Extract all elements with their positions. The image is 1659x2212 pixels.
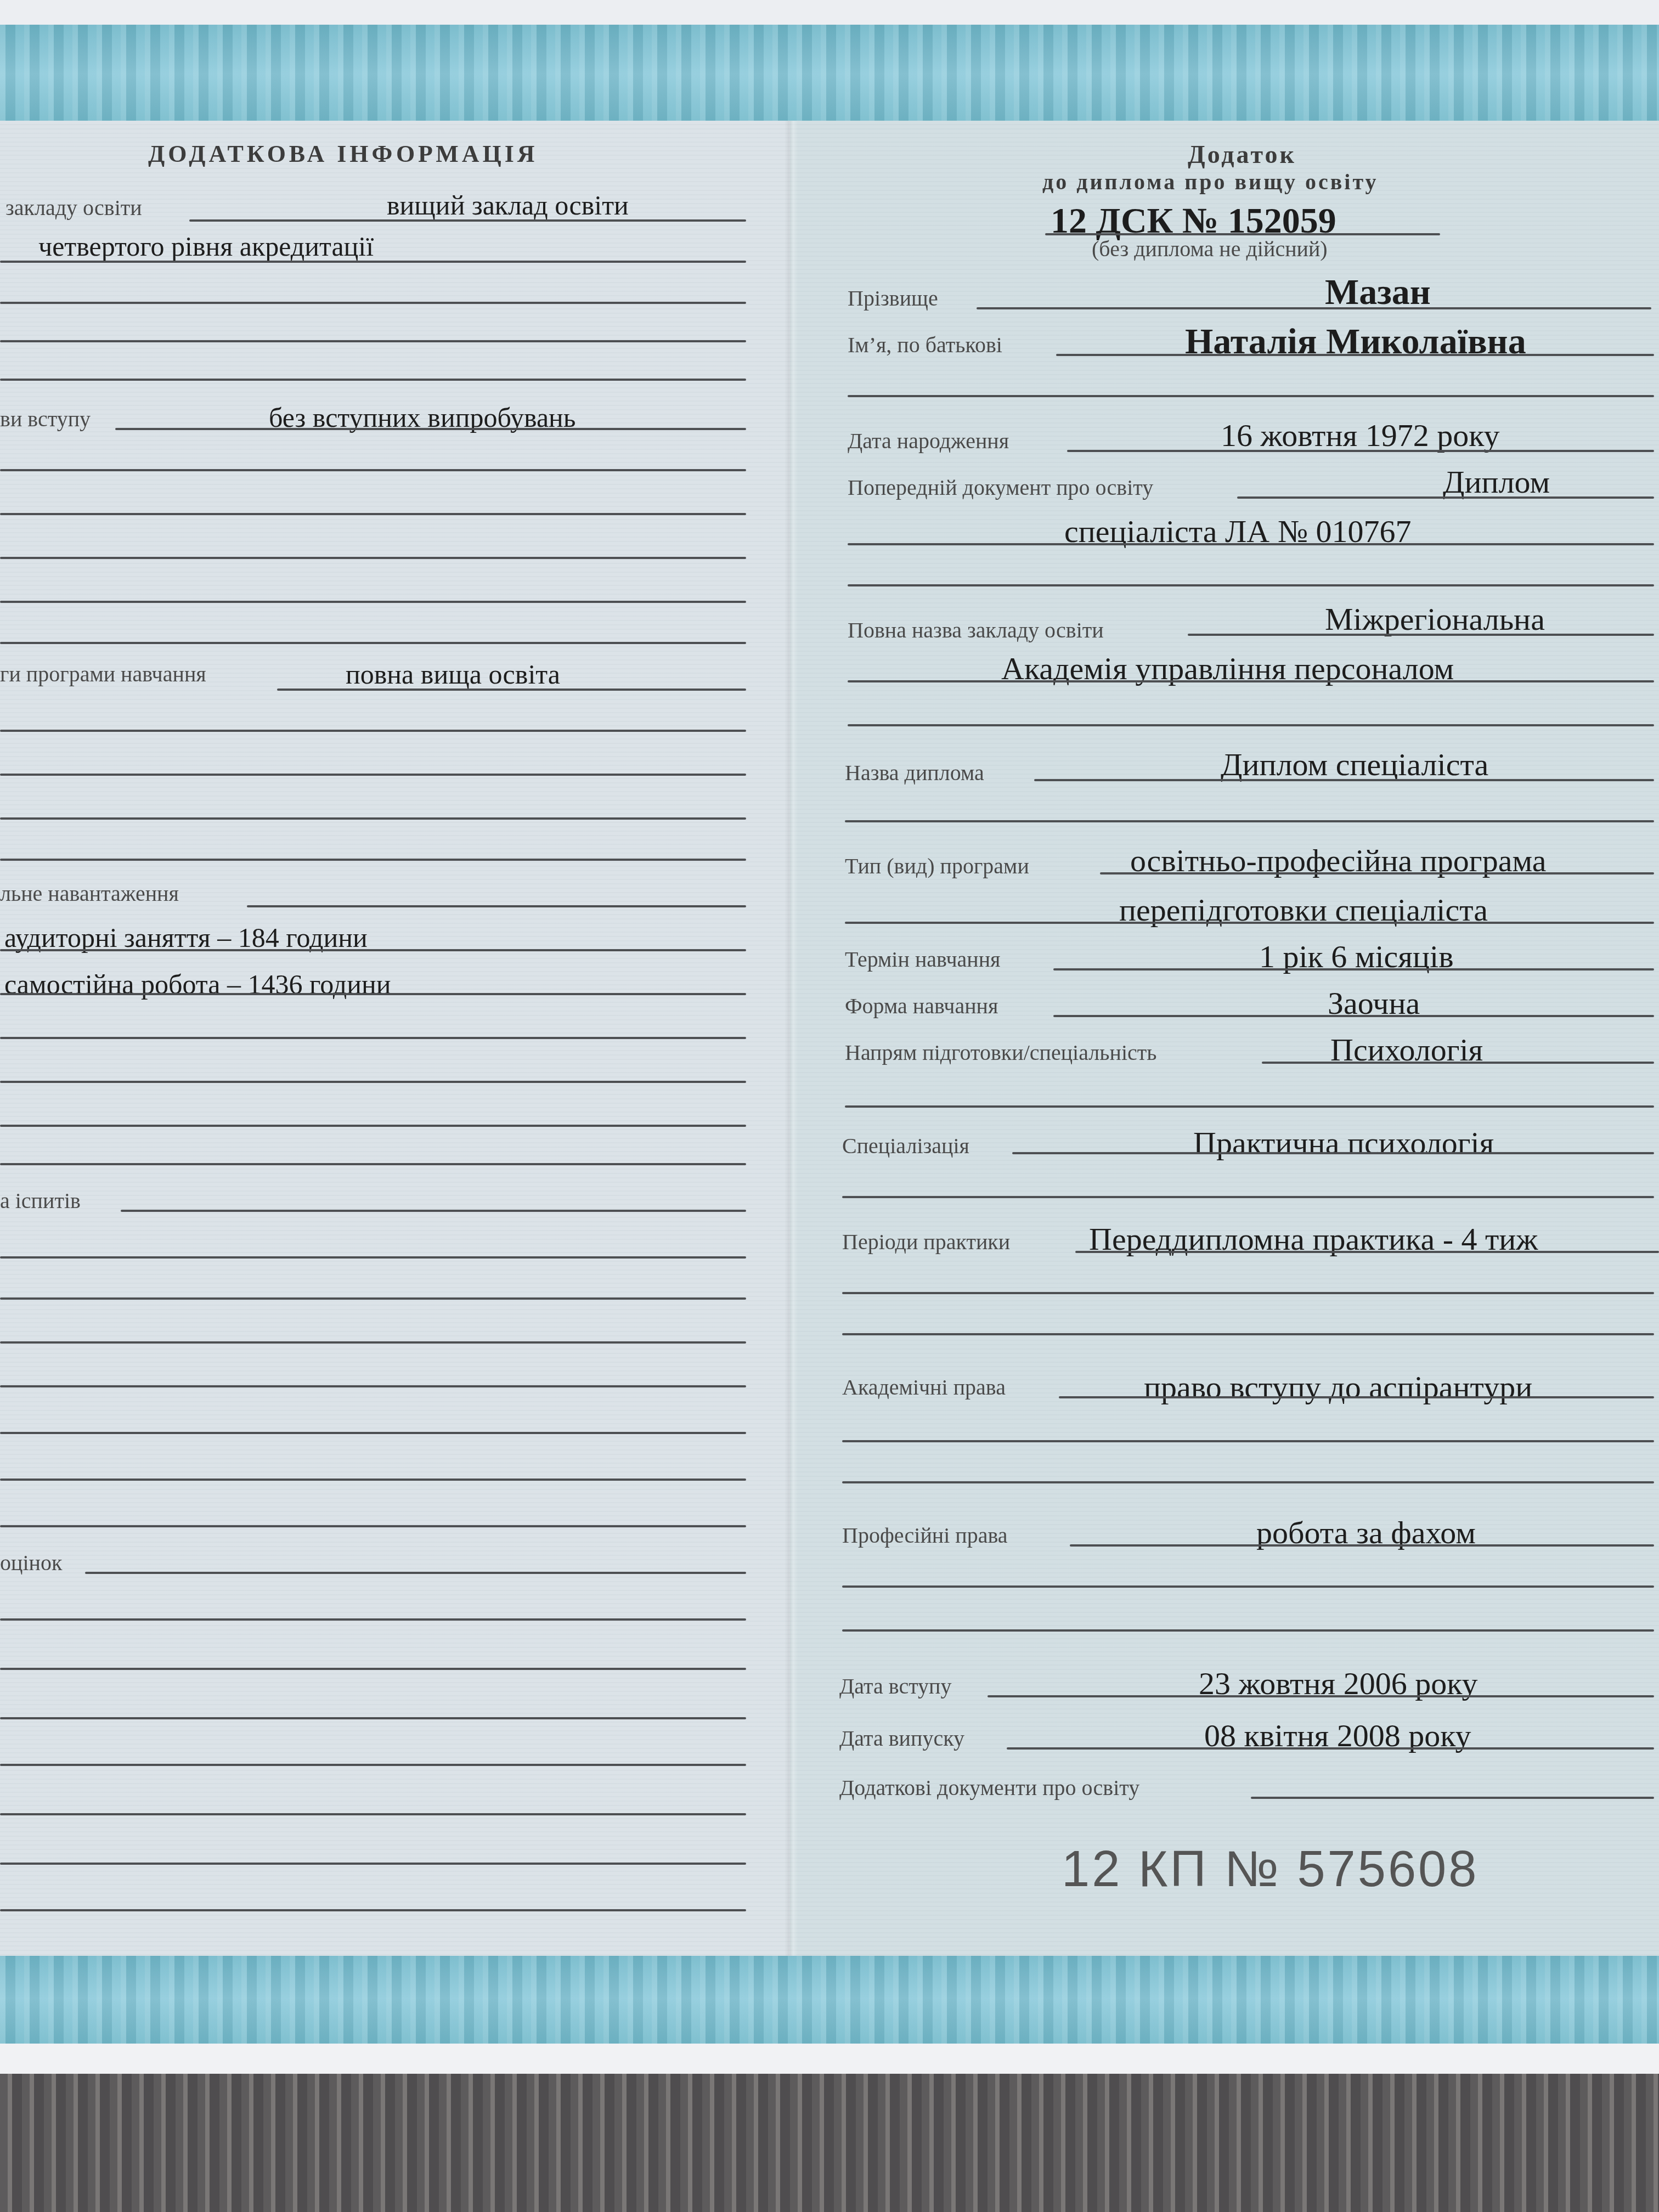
form-serial-number: 12 КП № 575608 <box>1062 1841 1479 1898</box>
rule <box>1100 872 1654 874</box>
academic-rights-value: право вступу до аспірантури <box>1144 1369 1532 1406</box>
rule <box>1237 496 1654 499</box>
rule <box>1070 1544 1654 1547</box>
rule <box>842 1481 1654 1483</box>
diploma-supplement-sheet: ДОДАТКОВА ІНФОРМАЦІЯ закладу освіти вищи… <box>0 0 1659 2074</box>
rule <box>0 557 746 559</box>
rule <box>0 469 746 471</box>
previous-document-label: Попередній документ про освіту <box>848 475 1153 500</box>
rule <box>0 302 746 304</box>
rule <box>1067 450 1654 452</box>
institution-type-label: закладу освіти <box>5 195 142 221</box>
rule <box>1075 1251 1659 1253</box>
rule <box>0 1341 746 1344</box>
rule <box>848 584 1654 586</box>
rule <box>0 817 746 820</box>
rule <box>0 379 746 381</box>
floor-background <box>0 2074 1659 2212</box>
rule <box>0 1125 746 1127</box>
name-patronymic-value: Наталія Миколаївна <box>1185 321 1526 363</box>
rule <box>1012 1152 1654 1154</box>
rule <box>0 1432 746 1434</box>
rule <box>0 1297 746 1300</box>
rule <box>0 261 746 263</box>
admission-date-label: Дата вступу <box>839 1673 952 1699</box>
rule <box>848 543 1654 545</box>
rule <box>1251 1797 1654 1799</box>
rule <box>845 820 1654 822</box>
rule <box>0 1163 746 1165</box>
rule <box>0 1037 746 1039</box>
rule <box>0 601 746 603</box>
study-form-label: Форма навчання <box>845 993 998 1019</box>
rule <box>1059 1396 1654 1398</box>
rule <box>0 1863 746 1865</box>
rule <box>988 1695 1654 1697</box>
rule <box>121 1210 746 1212</box>
rule <box>845 922 1654 924</box>
rule <box>0 1385 746 1387</box>
practice-periods-label: Періоди практики <box>842 1229 1010 1255</box>
supplement-title: Додаток <box>1188 140 1296 169</box>
rule <box>0 513 746 515</box>
rule <box>848 395 1654 397</box>
program-type-label: Тип (вид) програми <box>845 853 1029 879</box>
birth-date-label: Дата народження <box>848 428 1009 454</box>
rule <box>0 1525 746 1527</box>
workload-label: льне навантаження <box>0 881 179 906</box>
rule <box>845 1105 1654 1108</box>
rule <box>0 1764 746 1766</box>
rule <box>842 1292 1654 1294</box>
rule <box>1053 1015 1654 1017</box>
rule <box>0 1618 746 1621</box>
birth-date-value: 16 жовтня 1972 року <box>1221 417 1500 454</box>
institution-type-value: вищий заклад освіти <box>387 189 629 221</box>
specialty-label: Напрям підготовки/спеціальність <box>845 1040 1157 1065</box>
diploma-name-value: Диплом спеціаліста <box>1221 746 1488 783</box>
study-term-label: Термін навчання <box>845 946 1001 972</box>
rule <box>85 1572 746 1574</box>
specialization-value: Практична психологія <box>1193 1125 1494 1161</box>
rule <box>0 1081 746 1083</box>
surname-label: Прізвище <box>848 285 938 311</box>
rule <box>115 428 746 430</box>
rule <box>1056 354 1654 356</box>
rule <box>0 859 746 861</box>
rule <box>0 1909 746 1911</box>
supplement-subtitle: до диплома про вищу освіту <box>1042 169 1379 195</box>
rule <box>842 1196 1654 1198</box>
rule <box>0 1256 746 1259</box>
program-requirements-label: ги програми навчання <box>0 661 206 687</box>
professional-rights-label: Професійні права <box>842 1522 1008 1548</box>
admission-conditions-label: ви вступу <box>0 406 91 432</box>
accreditation-value: четвертого рівня акредитації <box>38 230 374 262</box>
additional-documents-label: Додаткові документи про освіту <box>839 1775 1139 1801</box>
rule <box>0 1717 746 1719</box>
institution-value: Міжрегіональна <box>1325 601 1545 637</box>
graduation-date-label: Дата випуску <box>839 1725 964 1751</box>
rule <box>0 774 746 776</box>
rule <box>848 680 1654 682</box>
rule <box>1053 968 1654 970</box>
diploma-name-label: Назва диплома <box>845 760 984 786</box>
institution-label: Повна назва закладу освіти <box>848 617 1104 643</box>
rule <box>842 1629 1654 1632</box>
validity-note: (без диплома не дійсний) <box>1092 236 1328 262</box>
specialization-label: Спеціалізація <box>842 1133 969 1159</box>
rule <box>0 949 746 951</box>
rule <box>842 1333 1654 1335</box>
rule <box>189 219 746 222</box>
exams-label: а іспитів <box>0 1188 81 1214</box>
rule <box>842 1585 1654 1588</box>
rule <box>0 730 746 732</box>
self-study-hours-value: самостійна робота – 1436 години <box>4 968 391 1000</box>
rule <box>1045 233 1440 235</box>
rule <box>0 1813 746 1815</box>
rule <box>1034 779 1654 781</box>
rule <box>247 905 746 907</box>
rule <box>0 340 746 342</box>
left-page-heading: ДОДАТКОВА ІНФОРМАЦІЯ <box>148 140 538 168</box>
rule <box>1188 634 1654 636</box>
rule <box>0 1668 746 1670</box>
rule <box>0 642 746 644</box>
page-fold <box>785 121 798 1956</box>
program-requirements-value: повна вища освіта <box>346 658 560 690</box>
rule <box>842 1440 1654 1442</box>
rule <box>1007 1747 1654 1750</box>
name-patronymic-label: Ім’я, по батькові <box>848 332 1002 358</box>
rule <box>977 307 1651 309</box>
previous-document-value: Диплом <box>1443 464 1550 500</box>
rule <box>1262 1062 1654 1064</box>
academic-rights-label: Академічні права <box>842 1374 1006 1400</box>
bottom-decorative-band <box>0 1953 1659 2044</box>
grades-label: оцінок <box>0 1550 62 1576</box>
rule <box>848 724 1654 726</box>
rule <box>0 993 746 995</box>
rule <box>0 1479 746 1481</box>
top-decorative-band <box>0 25 1659 123</box>
rule <box>277 689 746 691</box>
